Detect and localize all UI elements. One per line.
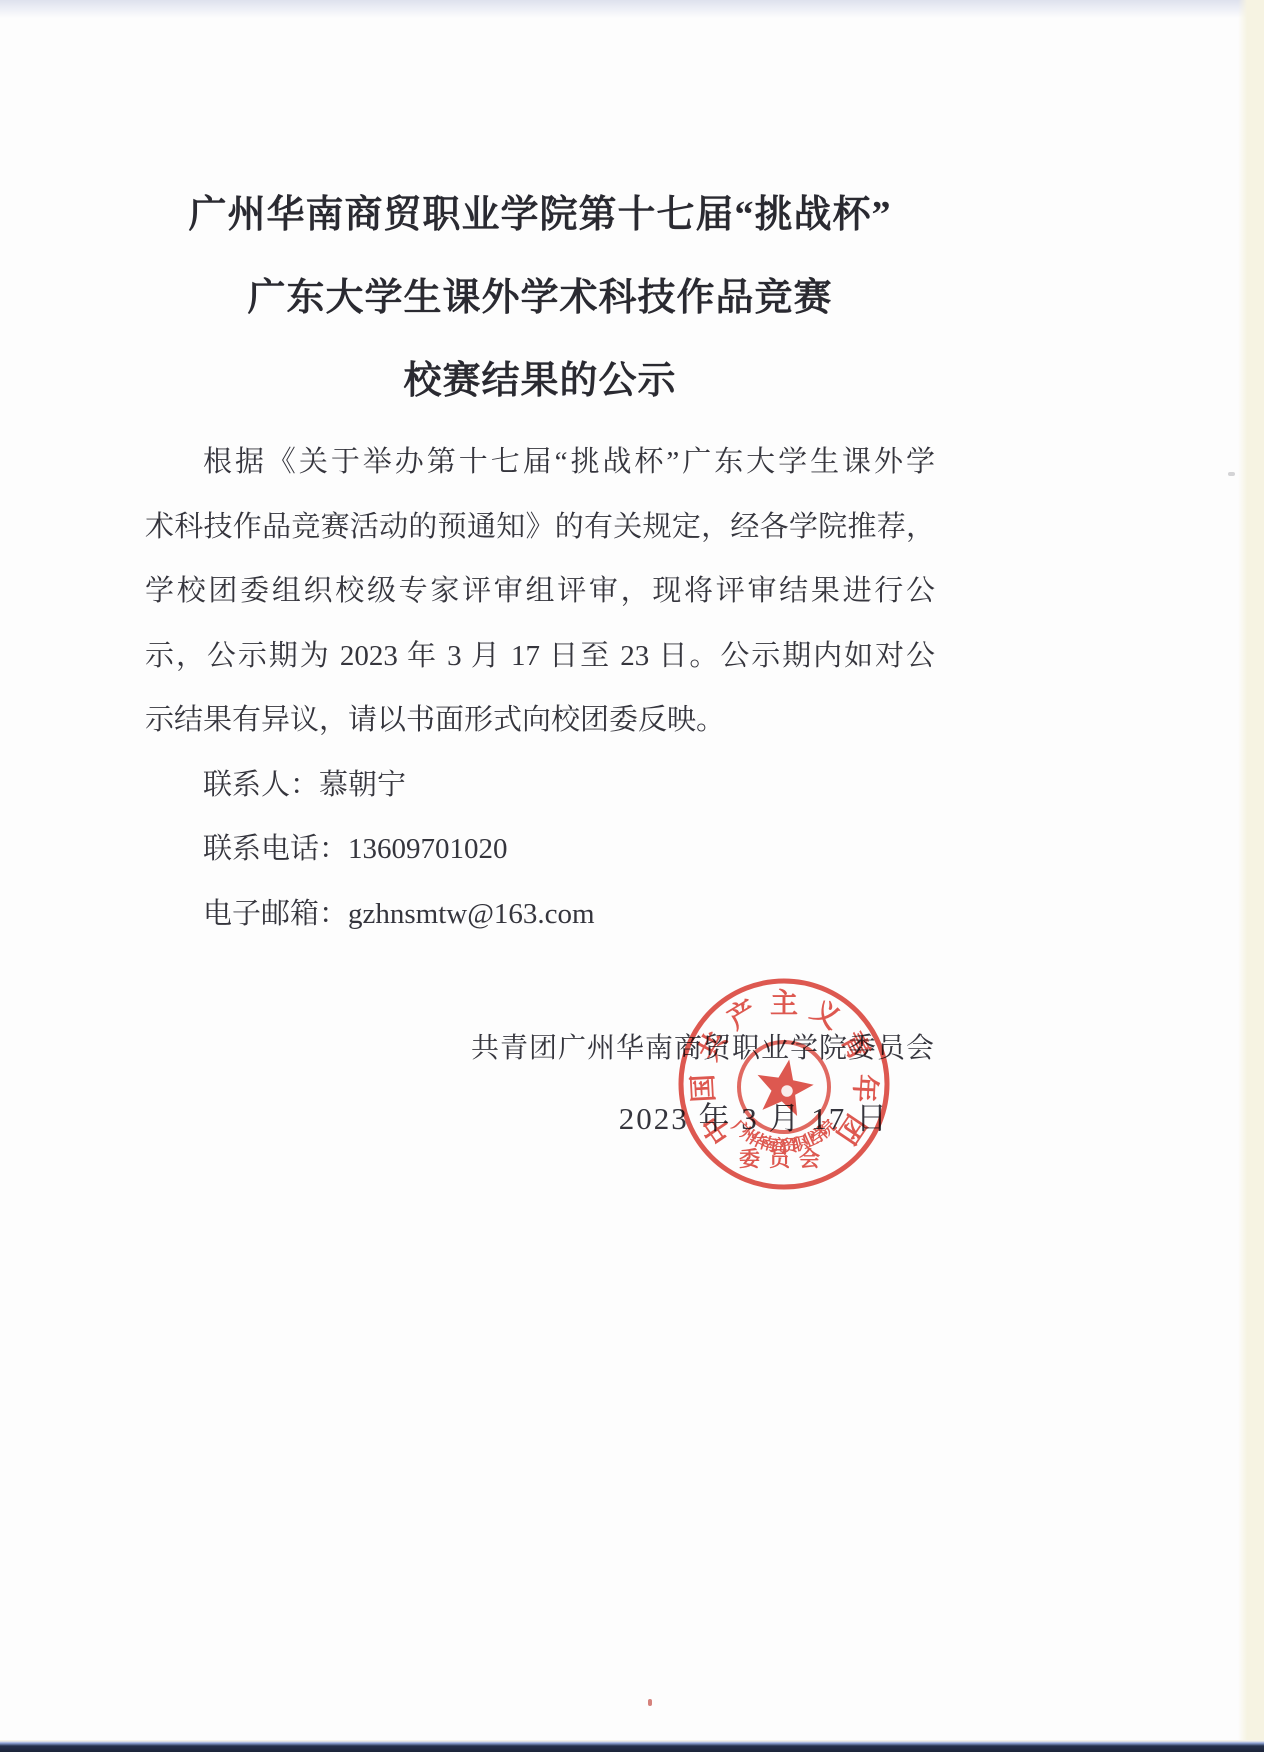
body-line: 学校团委组织校级专家评审组评审，现将评审结果进行公 <box>145 559 935 624</box>
scan-edge-bottom <box>0 1740 1264 1752</box>
scan-edge-right <box>1238 0 1264 1752</box>
document-body: 根据《关于举办第十七届“挑战杯”广东大学生课外学 术科技作品竞赛活动的预通知》的… <box>145 430 935 946</box>
seal-outer-ring <box>681 981 887 1187</box>
body-line: 根据《关于举办第十七届“挑战杯”广东大学生课外学 <box>145 430 935 495</box>
body-line: 示结果有异议，请以书面形式向校团委反映。 <box>145 688 935 753</box>
svg-text:主: 主 <box>770 988 798 1020</box>
scanned-document-page: 广州华南商贸职业学院第十七届“挑战杯” 广东大学生课外学术科技作品竞赛 校赛结果… <box>0 0 1264 1752</box>
seal-committee-text: 委员会 <box>739 1147 829 1171</box>
title-line-1: 广州华南商贸职业学院第十七届“挑战杯” <box>145 174 935 257</box>
official-seal: 中国共产主义青年团 广州华南商贸职业学院 委员会 <box>650 950 918 1218</box>
contact-person-line: 联系人：慕朝宁 <box>145 753 935 818</box>
signature-organization: 共青团广州华南商贸职业学院委员会 <box>145 1026 935 1066</box>
title-line-2: 广东大学生课外学术科技作品竞赛 <box>145 257 935 340</box>
scan-speck <box>648 1699 652 1706</box>
youth-league-seal-icon: 中国共产主义青年团 广州华南商贸职业学院 委员会 <box>650 950 918 1218</box>
signature-date: 2023 年 3 月 17 日 <box>145 1093 935 1138</box>
contact-email-line: 电子邮箱：gzhnsmtw@163.com <box>145 882 935 947</box>
contact-phone-line: 联系电话：13609701020 <box>145 817 935 882</box>
body-line: 示，公示期为 2023 年 3 月 17 日至 23 日。公示期内如对公 <box>145 624 935 689</box>
scan-edge-top <box>0 0 1264 18</box>
body-line: 术科技作品竞赛活动的预通知》的有关规定，经各学院推荐， <box>145 495 935 560</box>
document-title: 广州华南商贸职业学院第十七届“挑战杯” 广东大学生课外学术科技作品竞赛 校赛结果… <box>145 174 935 423</box>
title-line-3: 校赛结果的公示 <box>145 340 935 423</box>
scan-speck <box>1228 472 1235 476</box>
